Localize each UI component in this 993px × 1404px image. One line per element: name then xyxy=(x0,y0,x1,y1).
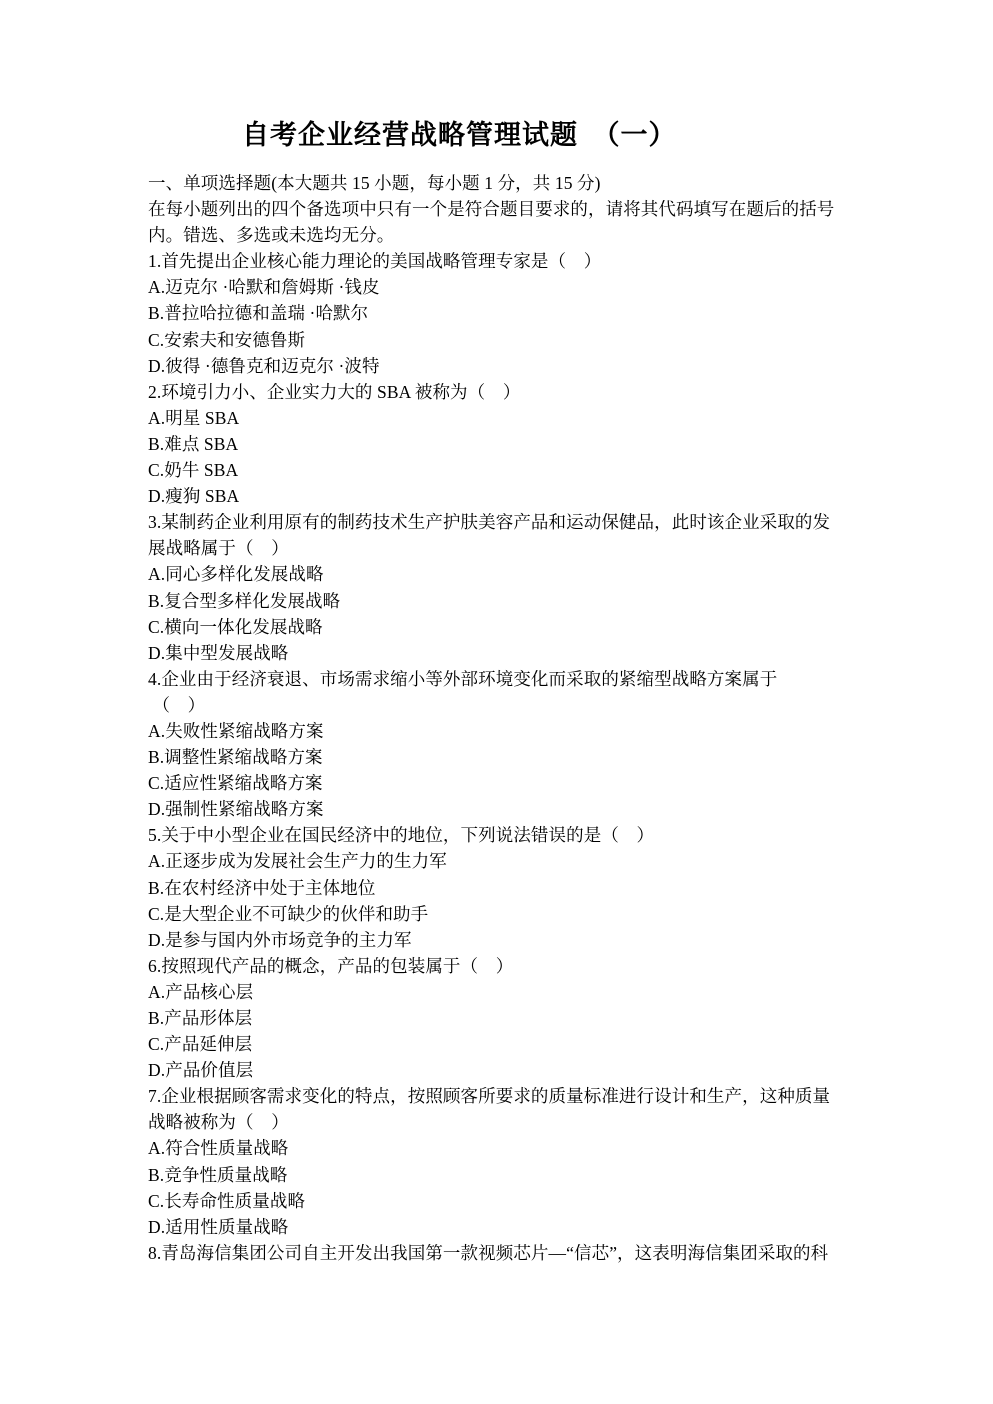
question-option-line: B.在农村经济中处于主体地位 xyxy=(148,875,908,901)
question-option-line: C.是大型企业不可缺少的伙伴和助手 xyxy=(148,901,908,927)
question-stem-line: 4.企业由于经济衰退、市场需求缩小等外部环境变化而采取的紧缩型战略方案属于 xyxy=(148,666,908,692)
question-option-line: C.奶牛 SBA xyxy=(148,457,908,483)
question-stem-line: 战略被称为（ ） xyxy=(148,1109,908,1135)
question-option-line: D.彼得 ·德鲁克和迈克尔 ·波特 xyxy=(148,353,908,379)
question-block-2: 2.环境引力小、企业实力大的 SBA 被称为（ ） A.明星 SBA B.难点 … xyxy=(148,379,908,509)
question-option-line: B.复合型多样化发展战略 xyxy=(148,588,908,614)
question-option-line: A.迈克尔 ·哈默和詹姆斯 ·钱皮 xyxy=(148,274,908,300)
question-block-5: 5.关于中小型企业在国民经济中的地位，下列说法错误的是（ ） A.正逐步成为发展… xyxy=(148,822,908,952)
question-option-line: D.适用性质量战略 xyxy=(148,1214,908,1240)
exam-body: 一、单项选择题(本大题共 15 小题，每小题 1 分，共 15 分) 在每小题列… xyxy=(148,170,908,1266)
question-option-line: D.是参与国内外市场竞争的主力军 xyxy=(148,927,908,953)
instruction-line: 内。错选、多选或未选均无分。 xyxy=(148,222,908,248)
section-heading: 一、单项选择题(本大题共 15 小题，每小题 1 分，共 15 分) xyxy=(148,170,908,196)
question-option-line: C.安索夫和安德鲁斯 xyxy=(148,327,908,353)
question-block-3: 3.某制药企业利用原有的制药技术生产护肤美容产品和运动保健品，此时该企业采取的发… xyxy=(148,509,908,666)
question-option-line: C.长寿命性质量战略 xyxy=(148,1188,908,1214)
question-option-line: B.难点 SBA xyxy=(148,431,908,457)
question-block-1: 1.首先提出企业核心能力理论的美国战略管理专家是（ ） A.迈克尔 ·哈默和詹姆… xyxy=(148,248,908,378)
question-option-line: B.普拉哈拉德和盖瑞 ·哈默尔 xyxy=(148,300,908,326)
question-option-line: B.调整性紧缩战略方案 xyxy=(148,744,908,770)
question-stem-line: 3.某制药企业利用原有的制药技术生产护肤美容产品和运动保健品，此时该企业采取的发 xyxy=(148,509,908,535)
question-option-line: C.适应性紧缩战略方案 xyxy=(148,770,908,796)
question-option-line: A.产品核心层 xyxy=(148,979,908,1005)
question-option-line: D.瘦狗 SBA xyxy=(148,483,908,509)
question-option-line: A.正逐步成为发展社会生产力的生力军 xyxy=(148,848,908,874)
question-option-line: A.失败性紧缩战略方案 xyxy=(148,718,908,744)
page-title: 自考企业经营战略管理试题 （一） xyxy=(242,118,677,152)
question-stem-line: 展战略属于（ ） xyxy=(148,535,908,561)
question-stem-line: 8.青岛海信集团公司自主开发出我国第一款视频芯片—“信芯”，这表明海信集团采取的… xyxy=(148,1240,908,1266)
question-option-line: D.集中型发展战略 xyxy=(148,640,908,666)
question-stem-line: 7.企业根据顾客需求变化的特点，按照顾客所要求的质量标准进行设计和生产，这种质量 xyxy=(148,1083,908,1109)
question-stem-line: 2.环境引力小、企业实力大的 SBA 被称为（ ） xyxy=(148,379,908,405)
question-block-7: 7.企业根据顾客需求变化的特点，按照顾客所要求的质量标准进行设计和生产，这种质量… xyxy=(148,1083,908,1240)
question-stem-line: 5.关于中小型企业在国民经济中的地位，下列说法错误的是（ ） xyxy=(148,822,908,848)
question-stem-line: （ ） xyxy=(148,692,908,718)
question-option-line: C.产品延伸层 xyxy=(148,1031,908,1057)
question-option-line: B.竞争性质量战略 xyxy=(148,1162,908,1188)
question-option-line: B.产品形体层 xyxy=(148,1005,908,1031)
question-option-line: C.横向一体化发展战略 xyxy=(148,614,908,640)
question-stem-line: 6.按照现代产品的概念，产品的包装属于（ ） xyxy=(148,953,908,979)
question-block-8: 8.青岛海信集团公司自主开发出我国第一款视频芯片—“信芯”，这表明海信集团采取的… xyxy=(148,1240,908,1266)
question-option-line: D.产品价值层 xyxy=(148,1057,908,1083)
question-block-6: 6.按照现代产品的概念，产品的包装属于（ ） A.产品核心层 B.产品形体层 C… xyxy=(148,953,908,1083)
question-block-4: 4.企业由于经济衰退、市场需求缩小等外部环境变化而采取的紧缩型战略方案属于 （ … xyxy=(148,666,908,823)
question-option-line: A.符合性质量战略 xyxy=(148,1135,908,1161)
question-option-line: D.强制性紧缩战略方案 xyxy=(148,796,908,822)
instruction-line: 在每小题列出的四个备选项中只有一个是符合题目要求的，请将其代码填写在题后的括号 xyxy=(148,196,908,222)
exam-page: { "page": { "title": "自考企业经营战略管理试题\u3000… xyxy=(0,0,993,1404)
question-option-line: A.同心多样化发展战略 xyxy=(148,561,908,587)
question-stem-line: 1.首先提出企业核心能力理论的美国战略管理专家是（ ） xyxy=(148,248,908,274)
question-option-line: A.明星 SBA xyxy=(148,405,908,431)
